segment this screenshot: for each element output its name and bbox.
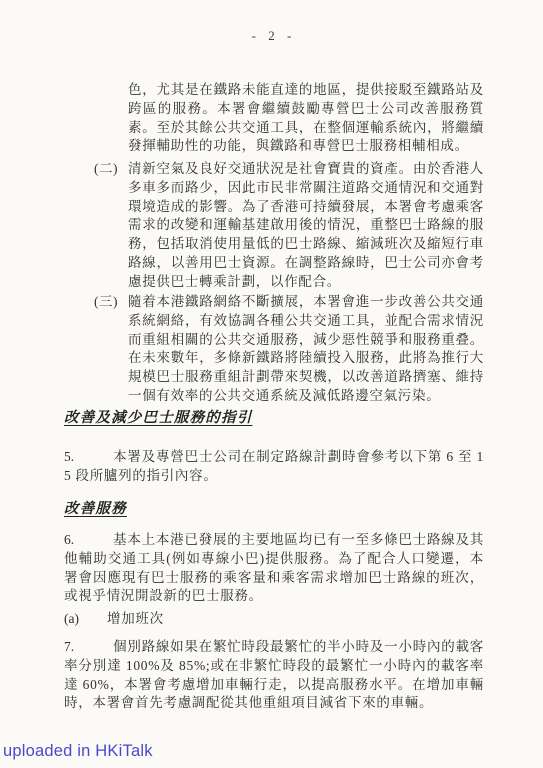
paragraph-number: 5.	[64, 448, 113, 467]
section-heading-guidelines: 改善及減少巴士服務的指引	[64, 406, 252, 427]
section-heading-improve-service: 改善服務	[64, 497, 127, 518]
sub-item-text: 增加班次	[107, 611, 164, 626]
list-item: (三)隨着本港鐵路網絡不斷擴展，本署會進一步改善公共交通系統網絡，有效協調各種公…	[128, 293, 484, 406]
intro-continuation-paragraph: 色，尤其是在鐵路未能直達的地區，提供接駁至鐵路站及跨區的服務。本署會繼續鼓勵專營…	[128, 81, 484, 156]
document-page: - 2 - 色，尤其是在鐵路未能直達的地區，提供接駁至鐵路站及跨區的服務。本署會…	[0, 0, 543, 768]
paragraph-number: 6.	[64, 531, 113, 550]
numbered-paragraph-7: 7.個別路線如果在繁忙時段最繁忙的半小時及一小時內的載客率分別達 100%及 8…	[64, 638, 484, 713]
sub-item-label: (a)	[64, 610, 107, 629]
list-item-text: 清新空氣及良好交通狀況是社會寶貴的資產。由於香港人多車多而路少，因此市民非常關注…	[128, 161, 484, 289]
list-item-label: (三)	[94, 293, 118, 312]
list-item-text: 隨着本港鐵路網絡不斷擴展，本署會進一步改善公共交通系統網絡，有效協調各種公共交通…	[128, 294, 484, 403]
list-item-label: (二)	[94, 160, 118, 179]
paragraph-text: 個別路線如果在繁忙時段最繁忙的半小時及一小時內的載客率分別達 100%及 85%…	[64, 639, 484, 710]
numbered-paragraph-6: 6.基本上本港已發展的主要地區均已有一至多條巴士路線及其他輔助交通工具(例如專線…	[64, 531, 484, 606]
paragraph-text: 基本上本港已發展的主要地區均已有一至多條巴士路線及其他輔助交通工具(例如專線小巴…	[64, 532, 484, 603]
sub-item-a: (a)增加班次	[64, 610, 484, 629]
page-number: - 2 -	[0, 28, 543, 44]
paragraph-text: 本署及專營巴士公司在制定路線計劃時會參考以下第 6 至 15 段所臚列的指引內容…	[64, 449, 484, 483]
list-item: (二)清新空氣及良好交通狀況是社會寶貴的資產。由於香港人多車多而路少，因此市民非…	[128, 160, 484, 292]
hkitalk-watermark: uploaded in HKiTalk	[3, 742, 153, 761]
paragraph-number: 7.	[64, 638, 113, 657]
numbered-paragraph-5: 5.本署及專營巴士公司在制定路線計劃時會參考以下第 6 至 15 段所臚列的指引…	[64, 448, 484, 486]
